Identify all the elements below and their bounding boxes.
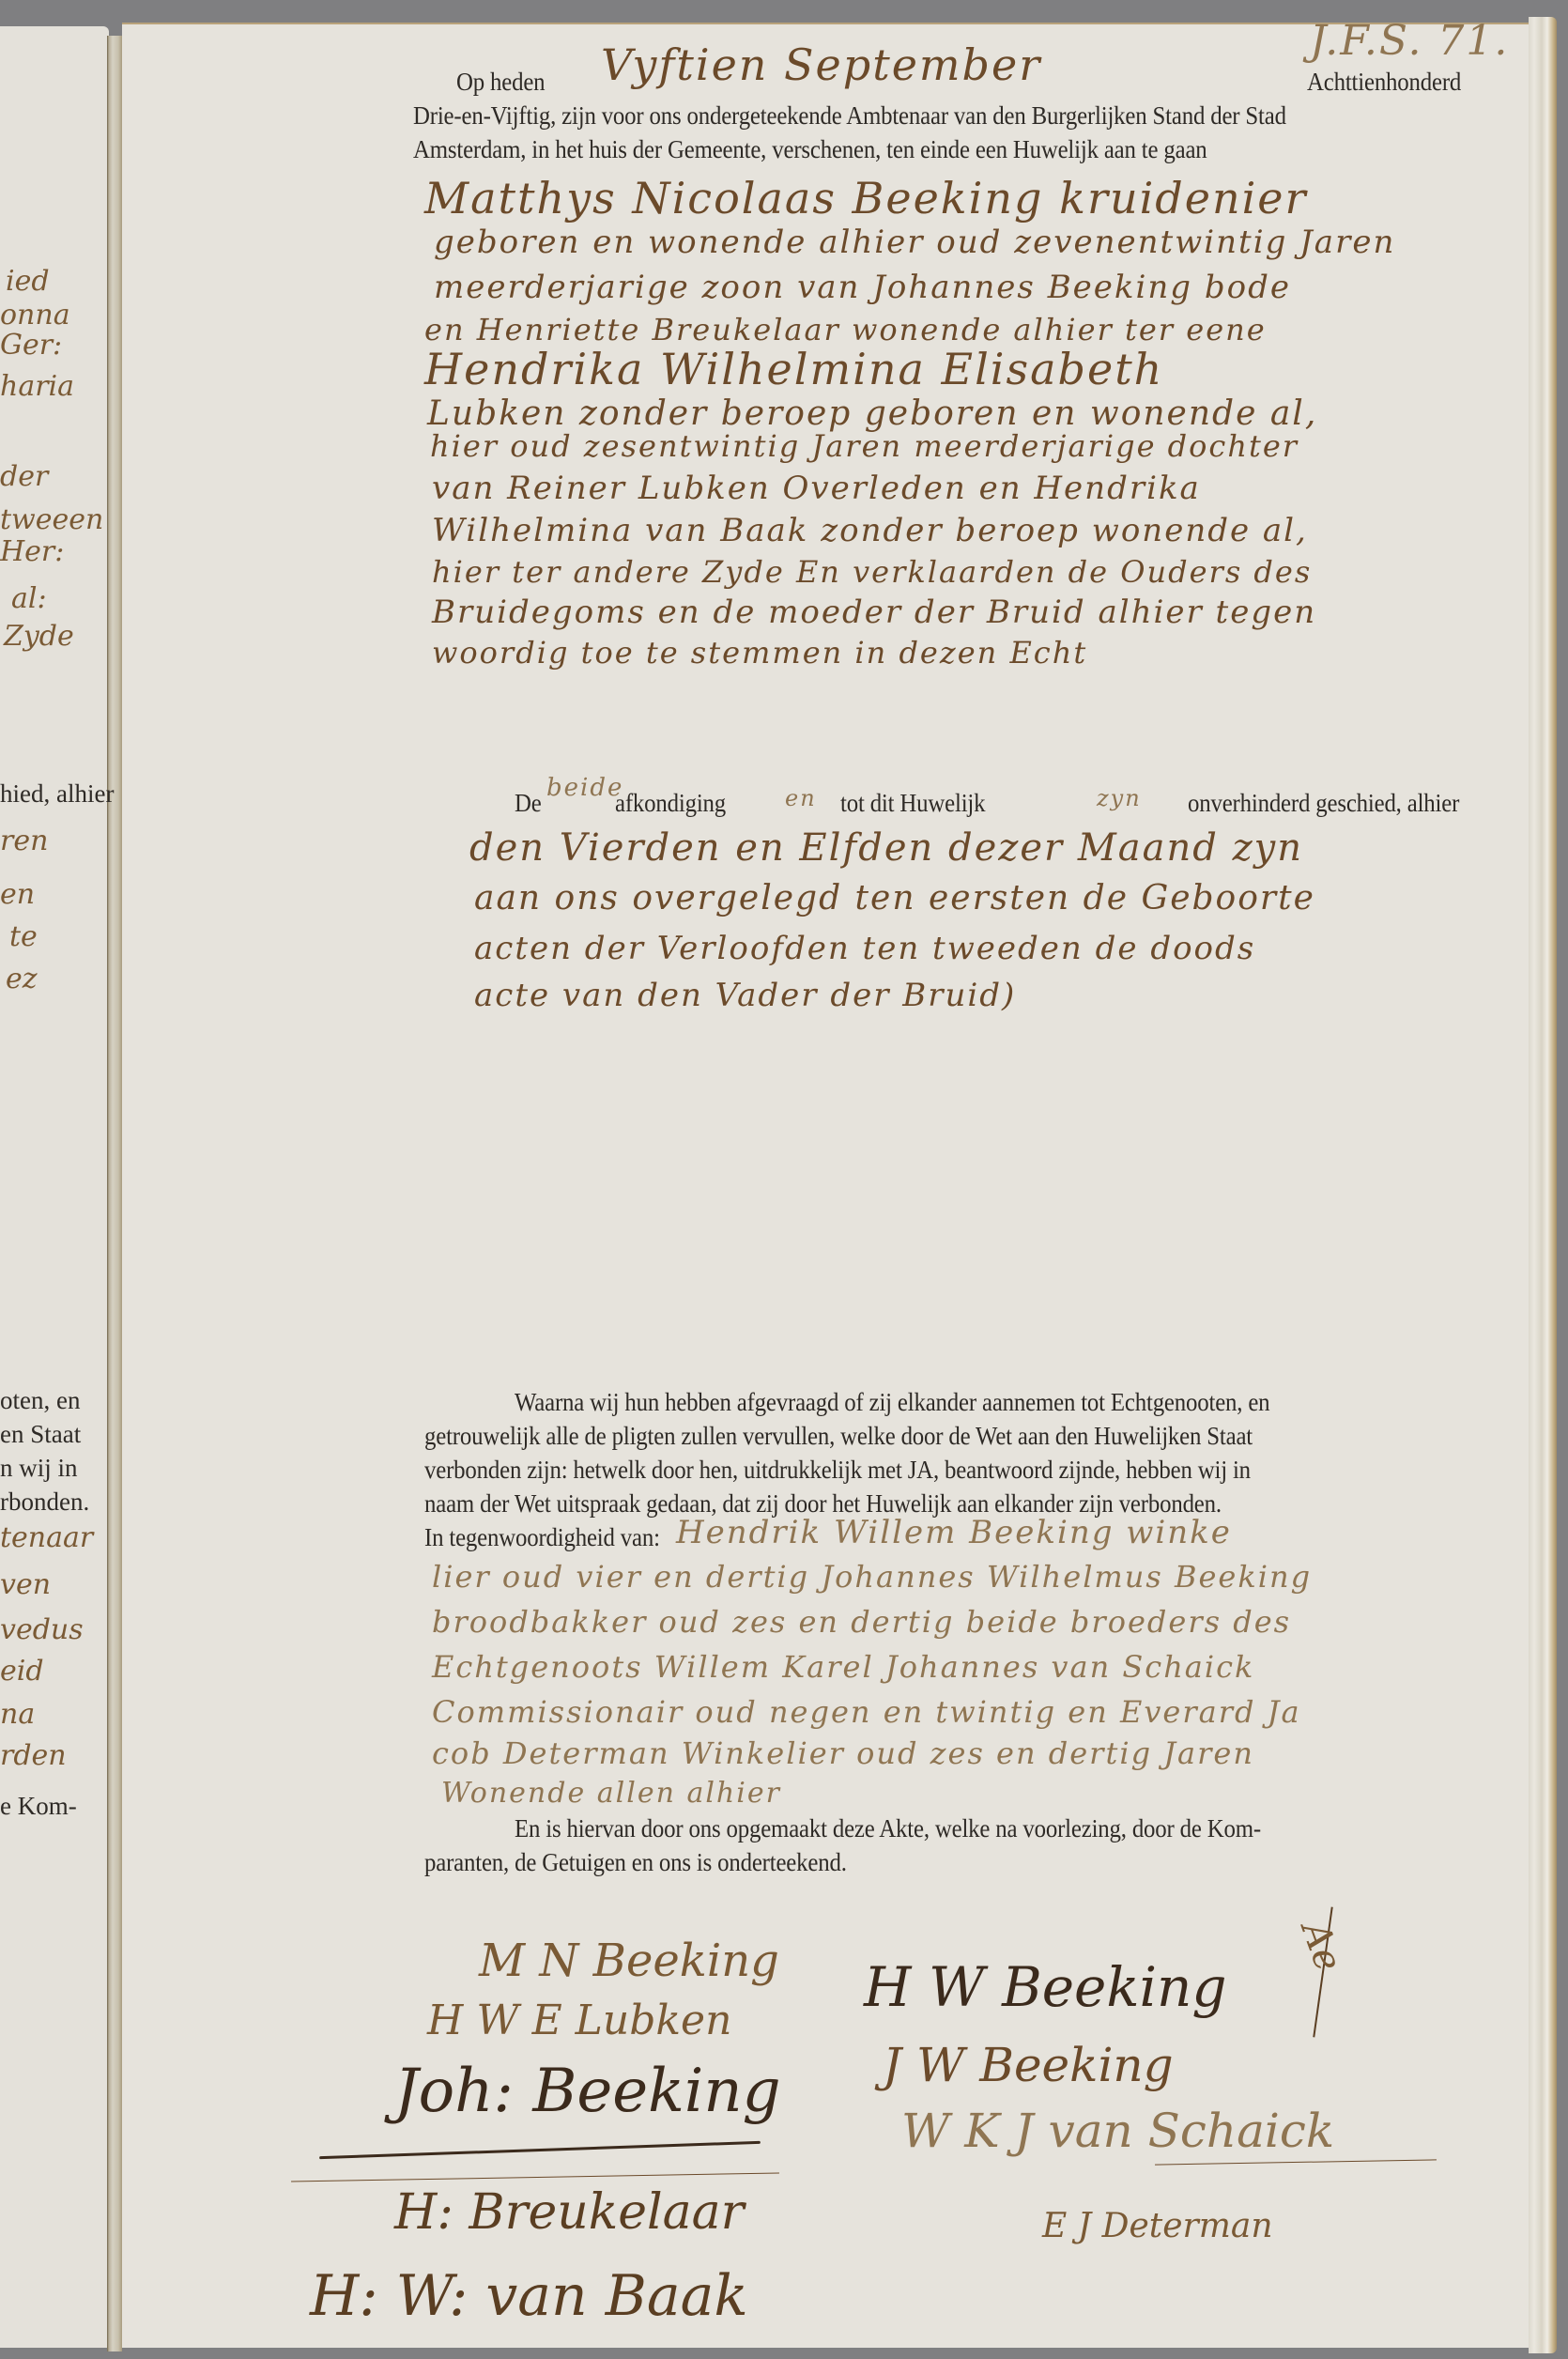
signature: H: W: van Baak <box>310 2263 748 2329</box>
left-printed-fragment: en Staat <box>0 1420 81 1449</box>
signature: M N Beeking <box>479 1935 779 1987</box>
left-fragment: onna <box>0 299 70 331</box>
signature: Joh: Beeking <box>394 2057 781 2126</box>
left-fragment: ied <box>6 265 50 298</box>
handwritten-line: hier ter andere Zyde En verklaarden de O… <box>432 554 1312 590</box>
left-fragment: Zyde <box>4 620 74 653</box>
left-fragment: rden <box>0 1739 67 1772</box>
left-fragment: der <box>0 460 48 493</box>
handwritten-line: van Reiner Lubken Overleden en Hendrika <box>432 470 1201 507</box>
left-fragment: ez <box>6 963 38 995</box>
handwritten-witness-line: cob Determan Winkelier oud zes en dertig… <box>432 1735 1254 1771</box>
left-fragment: vedus <box>0 1613 84 1646</box>
handwritten-line: acten der Verloofden ten tweeden de dood… <box>474 930 1255 967</box>
handwritten-line: Lubken zonder beroep geboren en wonende … <box>427 394 1317 433</box>
printed-line: En is hiervan door ons opgemaakt deze Ak… <box>515 1814 1261 1843</box>
signature: H W Beeking <box>864 1955 1227 2019</box>
handwritten-line: woordig toe te stemmen in dezen Echt <box>432 635 1087 671</box>
printed-line: Amsterdam, in het huis der Gemeente, ver… <box>413 135 1207 164</box>
left-printed-fragment: oten, en <box>0 1386 80 1415</box>
signature: E J Determan <box>1042 2207 1273 2245</box>
handwritten-line: Wilhelmina van Baak zonder beroep wonend… <box>432 512 1308 549</box>
left-fragment: ren <box>0 825 48 857</box>
printed-afkondiging: afkondiging <box>615 789 726 818</box>
left-fragment: Ger: <box>0 329 62 362</box>
left-printed-fragment: e Kom- <box>0 1792 77 1821</box>
left-fragment: al: <box>11 582 47 615</box>
left-fragment: en <box>0 878 35 911</box>
printed-op-heden: Op heden <box>456 68 545 97</box>
left-printed-fragment: n wij in <box>0 1454 78 1483</box>
handwritten-line: geboren en wonende alhier oud zevenentwi… <box>434 224 1395 261</box>
handwritten-witness-line: Hendrik Willem Beeking winke <box>676 1514 1232 1551</box>
left-page-lower <box>0 2066 115 2348</box>
left-fragment: ven <box>0 1568 51 1601</box>
left-printed-fragment: hied, alhier <box>0 779 114 809</box>
handwritten-word: en <box>785 785 817 811</box>
printed-line: paranten, de Getuigen en ons is ondertee… <box>424 1848 847 1877</box>
printed-witness-intro: In tegenwoordigheid van: <box>424 1523 660 1552</box>
handwritten-line: hier oud zesentwintig Jaren meerderjarig… <box>430 428 1299 464</box>
handwritten-word: beide <box>546 774 623 802</box>
handwritten-line: den Vierden en Elfden dezer Maand zyn <box>469 826 1303 870</box>
book-gutter <box>107 36 122 2351</box>
printed-achttienhonderd: Achttienhonderd <box>1307 68 1461 97</box>
printed-line-end: onverhinderd geschied, alhier <box>1188 789 1459 818</box>
left-fragment: haria <box>0 370 74 403</box>
left-fragment: tweeen <box>0 503 103 536</box>
handwritten-line: Bruidegoms en de moeder der Bruid alhier… <box>432 594 1316 631</box>
handwritten-witness-line: lier oud vier en dertig Johannes Wilhelm… <box>432 1559 1312 1595</box>
signature: J W Beeking <box>883 2038 1174 2092</box>
handwritten-witness-line: Commissionair oud negen en twintig en Ev… <box>432 1694 1301 1730</box>
printed-line: Waarna wij hun hebben afgevraagd of zij … <box>515 1388 1269 1417</box>
left-fragment: tenaar <box>0 1521 93 1554</box>
left-fragment: na <box>0 1698 35 1731</box>
handwritten-line: en Henriette Breukelaar wonende alhier t… <box>424 312 1267 347</box>
left-fragment: eid <box>0 1655 44 1688</box>
handwritten-line: acte van den Vader der Bruid) <box>474 977 1016 1014</box>
printed-de: De <box>515 789 542 818</box>
folio-annotation: J.F.S. 71. <box>1310 17 1509 65</box>
printed-line: getrouwelijk alle de pligten zullen verv… <box>424 1422 1253 1451</box>
handwritten-groom-name: Matthys Nicolaas Beeking kruidenier <box>424 173 1308 224</box>
left-printed-fragment: rbonden. <box>0 1488 89 1517</box>
printed-tot-dit-huwelijk: tot dit Huwelijk <box>840 789 985 818</box>
handwritten-witness-line: Wonende allen alhier <box>441 1777 781 1810</box>
handwritten-witness-line: Echtgenoots Willem Karel Johannes van Sc… <box>432 1649 1254 1685</box>
handwritten-line: meerderjarige zoon van Johannes Beeking … <box>434 269 1291 306</box>
left-fragment: Her: <box>0 535 64 568</box>
printed-line: verbonden zijn: hetwelk door hen, uitdru… <box>424 1456 1251 1485</box>
page-edge <box>1529 17 1557 2353</box>
handwritten-date: Vyftien September <box>601 39 1041 90</box>
handwritten-witness-line: broodbakker oud zes en dertig beide broe… <box>432 1604 1291 1640</box>
printed-line: Drie-en-Vijftig, zijn voor ons ondergete… <box>413 101 1286 131</box>
handwritten-word: zyn <box>1097 785 1142 811</box>
signature: H: Breukelaar <box>394 2184 745 2241</box>
signature: W K J van Schaick <box>901 2104 1334 2158</box>
handwritten-line: aan ons overgelegd ten eersten de Geboor… <box>474 879 1315 917</box>
signature: H W E Lubken <box>427 1997 731 2044</box>
handwritten-bride-name: Hendrika Wilhelmina Elisabeth <box>424 344 1163 394</box>
left-fragment: te <box>9 920 38 953</box>
